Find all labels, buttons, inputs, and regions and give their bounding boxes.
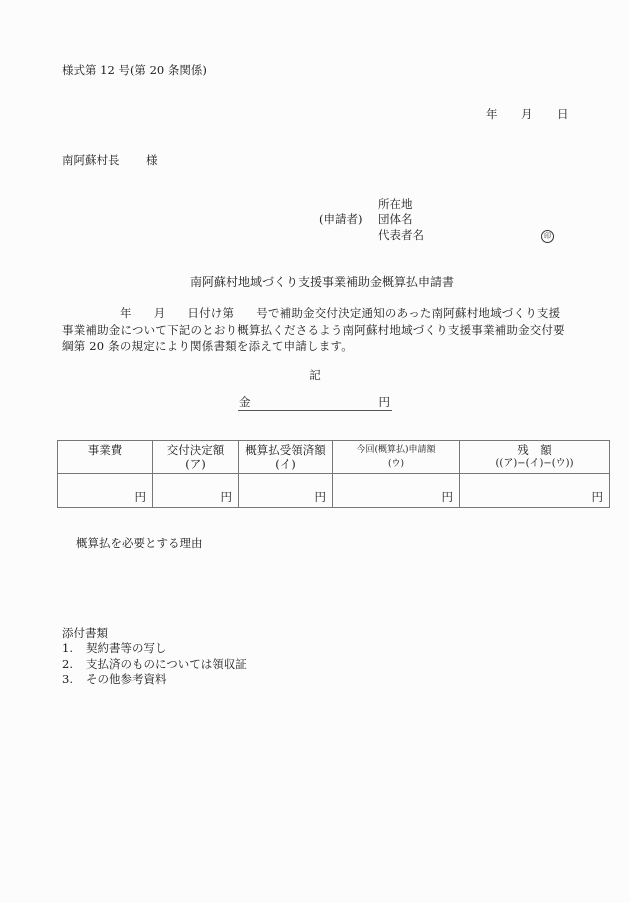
addressee: 南阿蘇村長 様 bbox=[62, 155, 120, 167]
amount-suffix: 円 bbox=[379, 397, 391, 409]
header-line1: 交付決定額 bbox=[153, 443, 238, 457]
attachment-item: 2.支払済のものについては領収証 bbox=[62, 659, 247, 671]
header-line1: 概算払受領済額 bbox=[239, 443, 332, 457]
document-title-text: 南阿蘇村地域づくり支援事業補助金概算払申請書 bbox=[190, 275, 454, 289]
document-title: 南阿蘇村地域づくり支援事業補助金概算払申請書 bbox=[0, 276, 630, 288]
attachment-text: 支払済のものについては領収証 bbox=[86, 657, 247, 671]
reason-label: 概算払を必要とする理由 bbox=[76, 538, 203, 550]
addressee-name: 南阿蘇村長 bbox=[62, 153, 120, 167]
attachments-title: 添付書類 bbox=[62, 628, 108, 640]
header-line2: ((ア)−(イ)−(ウ)) bbox=[460, 457, 609, 471]
body-month: 月 bbox=[154, 306, 166, 320]
header-received: 概算払受領済額 (イ) bbox=[239, 441, 333, 474]
body-date-suffix: 日付け第 bbox=[187, 306, 234, 320]
header-this-request: 今回(概算払)申請額 (ウ) bbox=[333, 441, 460, 474]
date-day-label: 日 bbox=[557, 109, 569, 121]
header-line1: 今回(概算払)申請額 bbox=[333, 443, 459, 457]
header-grant-decision: 交付決定額 (ア) bbox=[153, 441, 239, 474]
attachment-number: 1. bbox=[62, 643, 86, 655]
date-month-label: 月 bbox=[521, 109, 533, 121]
header-balance: 残 額 ((ア)−(イ)−(ウ)) bbox=[460, 441, 610, 474]
attachment-item: 3.その他参考資料 bbox=[62, 674, 167, 686]
amounts-table: 事業費 交付決定額 (ア) 概算払受領済額 (イ) 今回(概算払)申請額 (ウ)… bbox=[57, 440, 610, 508]
attachment-number: 3. bbox=[62, 674, 86, 686]
amount-field: 金 円 bbox=[238, 397, 392, 411]
amount-prefix: 金 bbox=[239, 397, 251, 409]
ki-text: 記 bbox=[309, 368, 321, 382]
cell-balance[interactable]: 円 bbox=[460, 474, 610, 508]
applicant-label: (申請者) bbox=[319, 214, 362, 226]
body-year: 年 bbox=[120, 306, 132, 320]
applicant-organization-label: 団体名 bbox=[378, 214, 413, 226]
applicant-representative-label: 代表者名 bbox=[378, 230, 424, 242]
body-number-suffix: 号で補助金交付決定通知のあった南阿蘇村地域づくり支援 bbox=[256, 306, 560, 320]
cell-this-request[interactable]: 円 bbox=[333, 474, 460, 508]
attachment-number: 2. bbox=[62, 659, 86, 671]
header-line2: (イ) bbox=[239, 457, 332, 471]
table-row: 円 円 円 円 円 bbox=[58, 474, 610, 508]
header-line2: (ア) bbox=[153, 457, 238, 471]
addressee-honorific: 様 bbox=[146, 155, 158, 167]
header-line1: 事業費 bbox=[58, 443, 152, 457]
body-line-1: 年月日付け第号で補助金交付決定通知のあった南阿蘇村地域づくり支援 bbox=[62, 305, 572, 322]
attachment-text: 契約書等の写し bbox=[86, 641, 167, 655]
body-line-3: 綱第 20 条の規定により関係書類を添えて申請します。 bbox=[62, 338, 572, 355]
date-year-label: 年 bbox=[486, 109, 498, 121]
cell-grant-decision[interactable]: 円 bbox=[153, 474, 239, 508]
cell-received[interactable]: 円 bbox=[239, 474, 333, 508]
header-line1: 残 額 bbox=[460, 443, 609, 457]
cell-project-cost[interactable]: 円 bbox=[58, 474, 153, 508]
applicant-address-label: 所在地 bbox=[378, 199, 413, 211]
header-project-cost: 事業費 bbox=[58, 441, 153, 474]
ki-heading: 記 bbox=[0, 370, 630, 382]
seal-icon: 印 bbox=[541, 230, 554, 243]
attachment-text: その他参考資料 bbox=[86, 672, 167, 686]
body-line-2: 事業補助金について下記のとおり概算払くださるよう南阿蘇村地域づくり支援事業補助金… bbox=[62, 322, 572, 339]
header-line2: (ウ) bbox=[333, 457, 459, 471]
table-header-row: 事業費 交付決定額 (ア) 概算払受領済額 (イ) 今回(概算払)申請額 (ウ)… bbox=[58, 441, 610, 474]
request-body: 年月日付け第号で補助金交付決定通知のあった南阿蘇村地域づくり支援 事業補助金につ… bbox=[62, 305, 572, 355]
form-number: 様式第 12 号(第 20 条関係) bbox=[62, 65, 207, 77]
attachment-item: 1.契約書等の写し bbox=[62, 643, 167, 655]
